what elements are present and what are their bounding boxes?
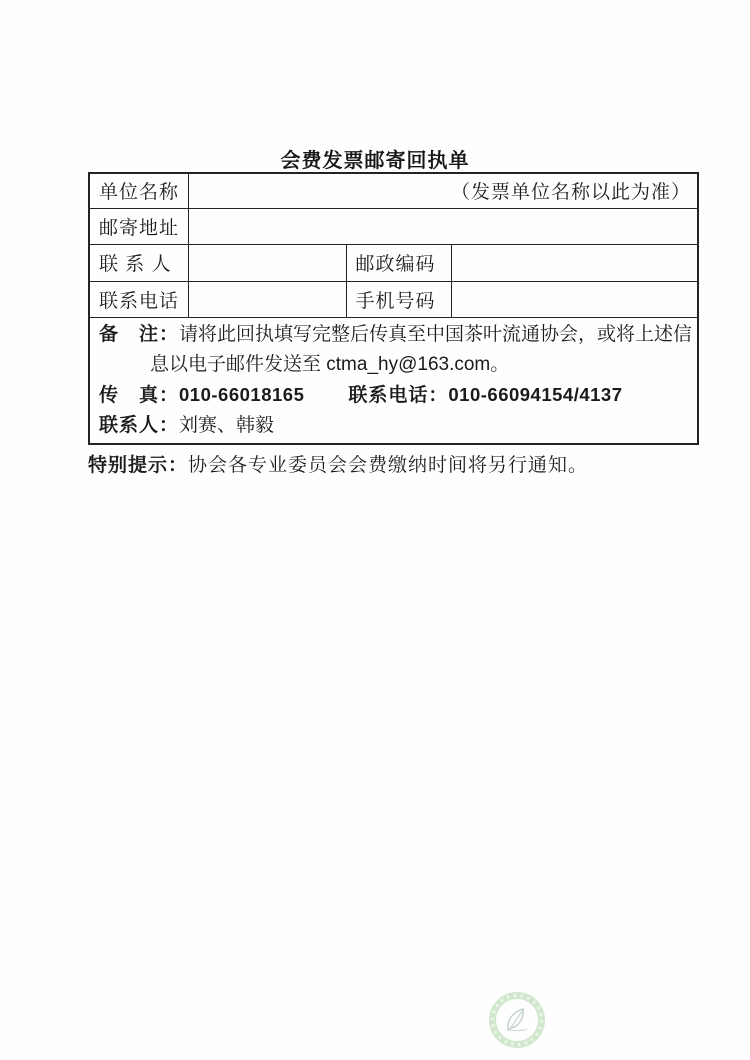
special-notice-label: 特别提示： bbox=[88, 455, 188, 476]
contact-person-field bbox=[188, 244, 346, 281]
unit-name-hint: （发票单位名称以此为准） bbox=[451, 182, 691, 203]
mailing-address-label: 邮寄地址 bbox=[89, 208, 188, 244]
table-row-unit-name: 单位名称 （发票单位名称以此为准） bbox=[89, 173, 698, 208]
contacts-names: 刘赛、韩毅 bbox=[179, 415, 274, 436]
mobile-number-label: 手机号码 bbox=[346, 281, 451, 317]
postal-code-field bbox=[451, 244, 698, 281]
contact-person-label: 联 系 人 bbox=[89, 244, 188, 281]
table-row-mailing-address: 邮寄地址 bbox=[89, 208, 698, 244]
mobile-number-field bbox=[451, 281, 698, 317]
special-notice: 特别提示：协会各专业委员会会费缴纳时间将另行通知。 bbox=[88, 450, 588, 477]
notes-text-1: 请将此回执填写完整后传真至中国茶叶流通协会，或将上述信 bbox=[179, 324, 692, 345]
page-title: 会费发票邮寄回执单 bbox=[0, 144, 750, 173]
notes-label: 备 注： bbox=[99, 324, 179, 345]
contact-phone-field bbox=[188, 281, 346, 317]
postal-code-label: 邮政编码 bbox=[346, 244, 451, 281]
special-notice-text: 协会各专业委员会会费缴纳时间将另行通知。 bbox=[188, 455, 588, 476]
notes-text-2: 息以电子邮件发送至 ctma_hy@163.com。 bbox=[150, 354, 509, 375]
notes-line-2: 息以电子邮件发送至 ctma_hy@163.com。 bbox=[99, 350, 691, 380]
contact-phone-label: 联系电话 bbox=[89, 281, 188, 317]
notes-phone-label: 联系电话： bbox=[348, 385, 448, 406]
fax-label: 传 真： bbox=[99, 385, 179, 406]
mailing-address-field bbox=[188, 208, 698, 244]
notes-line-1: 备 注：请将此回执填写完整后传真至中国茶叶流通协会，或将上述信 bbox=[99, 320, 691, 350]
unit-name-label: 单位名称 bbox=[89, 173, 188, 208]
notes-line-3: 传 真：010-66018165联系电话：010-66094154/4137 bbox=[99, 380, 691, 411]
table-row-contact-phone: 联系电话 手机号码 bbox=[89, 281, 698, 317]
table-row-notes: 备 注：请将此回执填写完整后传真至中国茶叶流通协会，或将上述信 息以电子邮件发送… bbox=[89, 317, 698, 444]
contacts-label: 联系人： bbox=[99, 415, 179, 436]
notes-phone-number: 010-66094154/4137 bbox=[448, 384, 622, 405]
leaf-badge-icon bbox=[487, 989, 547, 1051]
fax-number: 010-66018165 bbox=[179, 384, 304, 405]
receipt-form-table: 单位名称 （发票单位名称以此为准） 邮寄地址 联 系 人 邮政编码 联系电话 手… bbox=[88, 172, 699, 445]
notes-line-4: 联系人：刘赛、韩毅 bbox=[99, 411, 691, 441]
notes-cell: 备 注：请将此回执填写完整后传真至中国茶叶流通协会，或将上述信 息以电子邮件发送… bbox=[89, 317, 698, 444]
scanned-document-page: { "page": { "title": "会费发票邮寄回执单" }, "for… bbox=[0, 0, 750, 1060]
table-row-contact-person: 联 系 人 邮政编码 bbox=[89, 244, 698, 281]
unit-name-field: （发票单位名称以此为准） bbox=[188, 173, 698, 208]
